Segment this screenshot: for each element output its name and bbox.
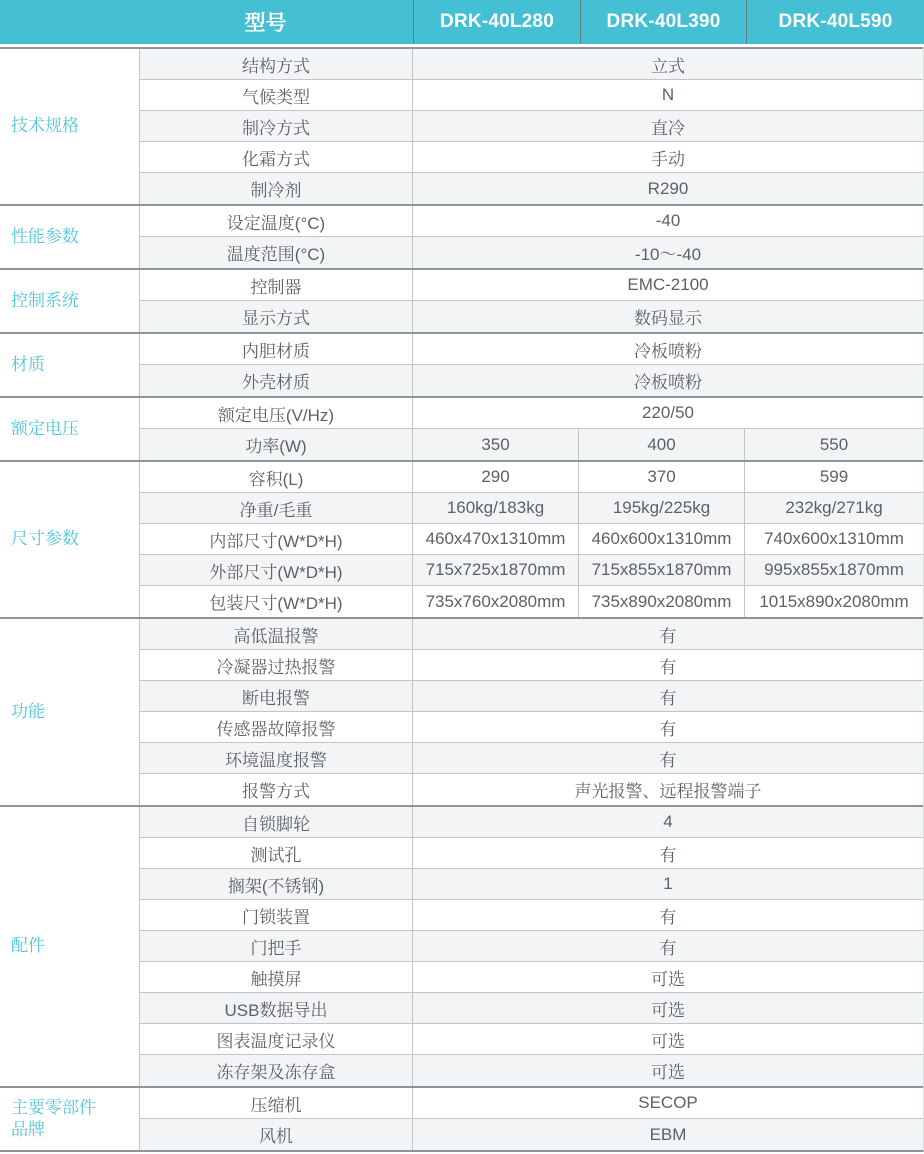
category-cell: 主要零部件品牌 (0, 1088, 140, 1150)
value-cell-model-2: 550 (745, 429, 923, 460)
param-label: 温度范围(°C) (140, 237, 413, 268)
model-header-1: DRK-40L390 (580, 0, 746, 44)
spec-row: 搁架(不锈钢)1 (140, 869, 923, 900)
category-cell: 性能参数 (0, 206, 140, 268)
category-cell: 控制系统 (0, 270, 140, 332)
value-cell-model-2: 1015x890x2080mm (745, 586, 923, 617)
param-label: 冻存架及冻存盒 (140, 1055, 413, 1086)
value-cell-all-models: 有 (413, 712, 923, 742)
param-label: 报警方式 (140, 774, 413, 805)
spec-row: 断电报警有 (140, 681, 923, 712)
param-label: 功率(W) (140, 429, 413, 460)
param-label: 制冷剂 (140, 173, 413, 204)
param-label: 控制器 (140, 270, 413, 300)
value-cell-all-models: EBM (413, 1119, 923, 1150)
spec-group: 技术规格结构方式立式气候类型N制冷方式直冷化霜方式手动制冷剂R290 (0, 47, 923, 204)
spec-row: 额定电压(V/Hz)220/50 (140, 398, 923, 429)
value-cell-all-models: 直冷 (413, 111, 923, 141)
spec-row: 化霜方式手动 (140, 142, 923, 173)
group-rows: 额定电压(V/Hz)220/50功率(W)350400550 (140, 398, 923, 460)
spec-row: 包装尺寸(W*D*H)735x760x2080mm735x890x2080mm1… (140, 586, 923, 617)
table-header: 型号 DRK-40L280DRK-40L390DRK-40L590 (0, 0, 924, 44)
value-cell-all-models: 有 (413, 838, 923, 868)
spec-row: 气候类型N (140, 80, 923, 111)
value-cell-all-models: 可选 (413, 1055, 923, 1086)
param-label: 测试孔 (140, 838, 413, 868)
param-label: 结构方式 (140, 49, 413, 79)
spec-row: 测试孔有 (140, 838, 923, 869)
spec-row: 设定温度(°C)-40 (140, 206, 923, 237)
value-cell-model-0: 460x470x1310mm (413, 524, 579, 554)
spec-group: 性能参数设定温度(°C)-40温度范围(°C)-10〜-40 (0, 204, 923, 268)
value-cell-model-0: 350 (413, 429, 579, 460)
value-cell-all-models: R290 (413, 173, 923, 204)
value-cell-all-models: 立式 (413, 49, 923, 79)
param-label: 额定电压(V/Hz) (140, 398, 413, 428)
param-label: 外部尺寸(W*D*H) (140, 555, 413, 585)
value-cell-model-2: 599 (745, 462, 923, 492)
spec-group: 材质内胆材质冷板喷粉外壳材质冷板喷粉 (0, 332, 923, 396)
spec-row: 制冷方式直冷 (140, 111, 923, 142)
param-label: 压缩机 (140, 1088, 413, 1118)
value-cell-all-models: -10〜-40 (413, 237, 923, 268)
spec-row: 显示方式数码显示 (140, 301, 923, 332)
value-cell-all-models: 数码显示 (413, 301, 923, 332)
model-column-header: 型号 (0, 0, 413, 44)
value-cell-all-models: -40 (413, 206, 923, 236)
param-label: 净重/毛重 (140, 493, 413, 523)
group-rows: 设定温度(°C)-40温度范围(°C)-10〜-40 (140, 206, 923, 268)
param-label: 外壳材质 (140, 365, 413, 396)
spec-row: 控制器EMC-2100 (140, 270, 923, 301)
spec-group: 配件自锁脚轮4测试孔有搁架(不锈钢)1门锁装置有门把手有触摸屏可选USB数据导出… (0, 805, 923, 1086)
spec-row: 内部尺寸(W*D*H)460x470x1310mm460x600x1310mm7… (140, 524, 923, 555)
value-cell-model-2: 995x855x1870mm (745, 555, 923, 585)
param-label: 容积(L) (140, 462, 413, 492)
value-cell-model-1: 460x600x1310mm (579, 524, 745, 554)
value-cell-all-models: 冷板喷粉 (413, 365, 923, 396)
spec-row: 外部尺寸(W*D*H)715x725x1870mm715x855x1870mm9… (140, 555, 923, 586)
spec-row: 容积(L)290370599 (140, 462, 923, 493)
spec-row: 传感器故障报警有 (140, 712, 923, 743)
value-cell-all-models: 声光报警、远程报警端子 (413, 774, 923, 805)
param-label: 显示方式 (140, 301, 413, 332)
group-rows: 自锁脚轮4测试孔有搁架(不锈钢)1门锁装置有门把手有触摸屏可选USB数据导出可选… (140, 807, 923, 1086)
param-label: 图表温度记录仪 (140, 1024, 413, 1054)
spec-row: 净重/毛重160kg/183kg195kg/225kg232kg/271kg (140, 493, 923, 524)
spec-row: 冷凝器过热报警有 (140, 650, 923, 681)
spec-row: 触摸屏可选 (140, 962, 923, 993)
value-cell-model-2: 232kg/271kg (745, 493, 923, 523)
spec-row: 外壳材质冷板喷粉 (140, 365, 923, 396)
param-label: 自锁脚轮 (140, 807, 413, 837)
param-label: 高低温报警 (140, 619, 413, 649)
value-cell-model-0: 735x760x2080mm (413, 586, 579, 617)
spec-group: 主要零部件品牌压缩机SECOP风机EBM (0, 1086, 923, 1150)
model-header-0: DRK-40L280 (413, 0, 580, 44)
spec-row: 制冷剂R290 (140, 173, 923, 204)
category-cell: 额定电压 (0, 398, 140, 460)
value-cell-model-1: 370 (579, 462, 745, 492)
value-cell-model-1: 735x890x2080mm (579, 586, 745, 617)
param-label: 环境温度报警 (140, 743, 413, 773)
param-label: 搁架(不锈钢) (140, 869, 413, 899)
spec-group: 额定电压额定电压(V/Hz)220/50功率(W)350400550 (0, 396, 923, 460)
value-cell-all-models: EMC-2100 (413, 270, 923, 300)
value-cell-model-1: 400 (579, 429, 745, 460)
spec-row: 环境温度报警有 (140, 743, 923, 774)
value-cell-all-models: 有 (413, 681, 923, 711)
group-rows: 控制器EMC-2100显示方式数码显示 (140, 270, 923, 332)
param-label: 气候类型 (140, 80, 413, 110)
value-cell-all-models: 4 (413, 807, 923, 837)
group-rows: 高低温报警有冷凝器过热报警有断电报警有传感器故障报警有环境温度报警有报警方式声光… (140, 619, 923, 805)
param-label: 断电报警 (140, 681, 413, 711)
spec-group: 控制系统控制器EMC-2100显示方式数码显示 (0, 268, 923, 332)
spec-row: 门锁装置有 (140, 900, 923, 931)
spec-row: USB数据导出可选 (140, 993, 923, 1024)
param-label: USB数据导出 (140, 993, 413, 1023)
spec-row: 门把手有 (140, 931, 923, 962)
param-label: 化霜方式 (140, 142, 413, 172)
value-cell-model-1: 715x855x1870mm (579, 555, 745, 585)
category-cell: 尺寸参数 (0, 462, 140, 617)
spec-row: 高低温报警有 (140, 619, 923, 650)
value-cell-all-models: 有 (413, 619, 923, 649)
product-spec-table: 型号 DRK-40L280DRK-40L390DRK-40L590 技术规格结构… (0, 0, 924, 1152)
value-cell-model-0: 160kg/183kg (413, 493, 579, 523)
spec-row: 温度范围(°C)-10〜-40 (140, 237, 923, 268)
value-cell-all-models: 冷板喷粉 (413, 334, 923, 364)
param-label: 门把手 (140, 931, 413, 961)
spec-row: 报警方式声光报警、远程报警端子 (140, 774, 923, 805)
param-label: 内胆材质 (140, 334, 413, 364)
value-cell-all-models: N (413, 80, 923, 110)
spec-group: 功能高低温报警有冷凝器过热报警有断电报警有传感器故障报警有环境温度报警有报警方式… (0, 617, 923, 805)
value-cell-model-1: 195kg/225kg (579, 493, 745, 523)
category-cell: 功能 (0, 619, 140, 805)
value-cell-all-models: 可选 (413, 1024, 923, 1054)
value-cell-all-models: 手动 (413, 142, 923, 172)
param-label: 风机 (140, 1119, 413, 1150)
category-cell: 材质 (0, 334, 140, 396)
spec-row: 压缩机SECOP (140, 1088, 923, 1119)
param-label: 传感器故障报警 (140, 712, 413, 742)
category-cell: 配件 (0, 807, 140, 1086)
spec-row: 图表温度记录仪可选 (140, 1024, 923, 1055)
value-cell-model-2: 740x600x1310mm (745, 524, 923, 554)
spec-row: 风机EBM (140, 1119, 923, 1150)
spec-row: 功率(W)350400550 (140, 429, 923, 460)
group-rows: 结构方式立式气候类型N制冷方式直冷化霜方式手动制冷剂R290 (140, 49, 923, 204)
param-label: 设定温度(°C) (140, 206, 413, 236)
spec-group: 尺寸参数容积(L)290370599净重/毛重160kg/183kg195kg/… (0, 460, 923, 617)
group-rows: 压缩机SECOP风机EBM (140, 1088, 923, 1150)
param-label: 门锁装置 (140, 900, 413, 930)
param-label: 制冷方式 (140, 111, 413, 141)
group-rows: 内胆材质冷板喷粉外壳材质冷板喷粉 (140, 334, 923, 396)
spec-table-body: 技术规格结构方式立式气候类型N制冷方式直冷化霜方式手动制冷剂R290性能参数设定… (0, 47, 924, 1152)
value-cell-model-0: 715x725x1870mm (413, 555, 579, 585)
value-cell-all-models: 可选 (413, 993, 923, 1023)
value-cell-all-models: 有 (413, 931, 923, 961)
param-label: 冷凝器过热报警 (140, 650, 413, 680)
value-cell-model-0: 290 (413, 462, 579, 492)
spec-row: 自锁脚轮4 (140, 807, 923, 838)
category-cell: 技术规格 (0, 49, 140, 204)
param-label: 包装尺寸(W*D*H) (140, 586, 413, 617)
value-cell-all-models: 有 (413, 650, 923, 680)
value-cell-all-models: 可选 (413, 962, 923, 992)
spec-row: 结构方式立式 (140, 49, 923, 80)
param-label: 内部尺寸(W*D*H) (140, 524, 413, 554)
spec-row: 内胆材质冷板喷粉 (140, 334, 923, 365)
group-rows: 容积(L)290370599净重/毛重160kg/183kg195kg/225k… (140, 462, 923, 617)
value-cell-all-models: 1 (413, 869, 923, 899)
value-cell-all-models: 有 (413, 743, 923, 773)
model-header-2: DRK-40L590 (746, 0, 924, 44)
value-cell-all-models: 220/50 (413, 398, 923, 428)
value-cell-all-models: SECOP (413, 1088, 923, 1118)
value-cell-all-models: 有 (413, 900, 923, 930)
param-label: 触摸屏 (140, 962, 413, 992)
spec-row: 冻存架及冻存盒可选 (140, 1055, 923, 1086)
